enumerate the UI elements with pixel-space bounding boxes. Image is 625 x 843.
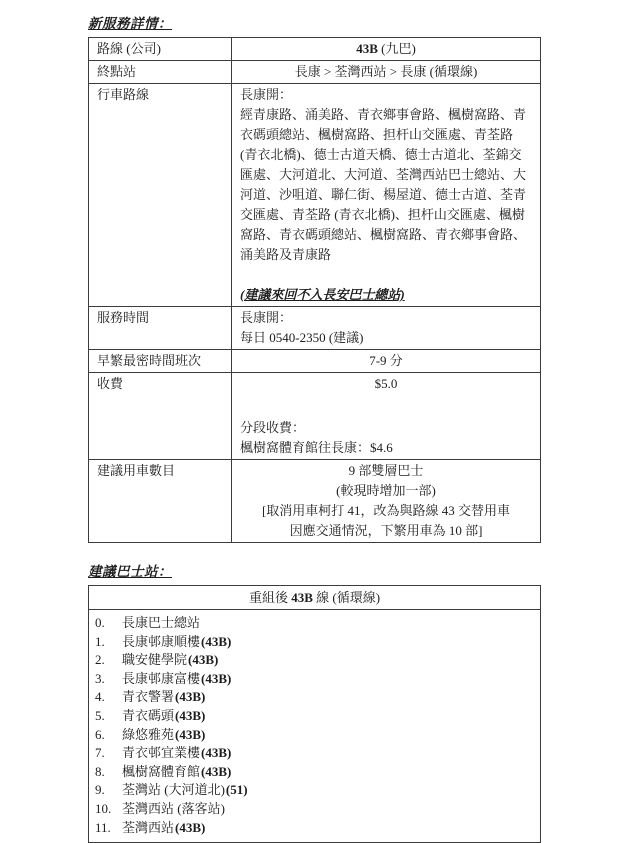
fleet-label: 建議用車數目: [89, 460, 232, 543]
stop-name: 荃灣西站: [122, 819, 174, 838]
stop-item: 6.綠悠雅苑(43B): [95, 726, 534, 745]
hours-origin: 長康開：: [240, 308, 532, 328]
fleet-value: 9 部雙層巴士 (較現時增加一部) [取消用車柯打 41，改為與路線 43 交替…: [232, 460, 541, 543]
stop-item: 5.青衣碼頭(43B): [95, 707, 534, 726]
stop-route-tag: (43B): [175, 819, 205, 838]
fare-spacer: [240, 394, 532, 418]
table-row-routing: 行車路線 長康開： 經青康路、涌美路、青衣鄉事會路、楓樹窩路、青衣碼頭總站、楓樹…: [89, 84, 541, 307]
header-prefix: 重組後: [249, 590, 291, 605]
table-row-route: 路線 (公司) 43B (九巴): [89, 38, 541, 61]
stop-name: 青衣警署: [122, 688, 174, 707]
table-row-fleet: 建議用車數目 9 部雙層巴士 (較現時增加一部) [取消用車柯打 41，改為與路…: [89, 460, 541, 543]
page-content: 新服務詳情： 路線 (公司) 43B (九巴) 終點站 長康 > 荃灣西站 > …: [88, 12, 541, 843]
stop-route-tag: (43B): [175, 688, 205, 707]
bus-stops-list-row: 0.長康巴士總站 1.長康邨康順樓(43B) 2.職安健學院(43B) 3.長康…: [89, 610, 541, 843]
routing-origin: 長康開：: [240, 85, 532, 105]
terminus-label: 終點站: [89, 61, 232, 84]
table-row-headway: 早繁最密時間班次 7-9 分: [89, 350, 541, 373]
table-row-fare: 收費 $5.0 分段收費： 楓樹窩體育館往長康：$4.6: [89, 373, 541, 460]
stop-name: 職安健學院: [122, 651, 187, 670]
stop-name: 楓樹窩體育館: [122, 763, 200, 782]
stop-name: 綠悠雅苑: [122, 726, 174, 745]
stop-name: 長康邨康順樓: [122, 633, 200, 652]
fare-value-cell: $5.0 分段收費： 楓樹窩體育館往長康：$4.6: [232, 373, 541, 460]
section-title-bus-stops: 建議巴士站：: [88, 560, 541, 580]
route-label: 路線 (公司): [89, 38, 232, 61]
stop-item: 11.荃灣西站(43B): [95, 819, 534, 838]
stop-route-tag: (43B): [188, 651, 218, 670]
table-row-terminus: 終點站 長康 > 荃灣西站 > 長康 (循環線): [89, 61, 541, 84]
stop-number: 1.: [95, 633, 122, 652]
stop-number: 7.: [95, 744, 122, 763]
stop-number: 9.: [95, 781, 122, 800]
stop-number: 5.: [95, 707, 122, 726]
section-title-new-service: 新服務詳情：: [88, 12, 541, 32]
route-value: 43B (九巴): [232, 38, 541, 61]
stop-route-tag: (43B): [201, 763, 231, 782]
routing-spacer: [240, 265, 532, 285]
stop-number: 2.: [95, 651, 122, 670]
stop-route-tag: (43B): [201, 744, 231, 763]
fare-label: 收費: [89, 373, 232, 460]
stop-item: 9.荃灣站 (大河道北)(51): [95, 781, 534, 800]
fare-section-title: 分段收費：: [240, 418, 532, 438]
bus-stops-header: 重組後 43B 線 (循環線): [89, 586, 541, 610]
header-route-number: 43B: [291, 590, 313, 605]
stop-name: 長康邨康富樓: [122, 670, 200, 689]
stop-item: 4.青衣警署(43B): [95, 688, 534, 707]
fare-value: $5.0: [240, 374, 532, 394]
stop-number: 6.: [95, 726, 122, 745]
route-company: (九巴): [378, 41, 416, 56]
stop-item: 8.楓樹窩體育館(43B): [95, 763, 534, 782]
stop-item: 10.荃灣西站 (落客站): [95, 800, 534, 819]
hours-time: 每日 0540-2350 (建議): [240, 328, 532, 348]
stop-item: 2.職安健學院(43B): [95, 651, 534, 670]
stop-name: 荃灣站 (大河道北): [122, 781, 225, 800]
fare-section-value: 楓樹窩體育館往長康：$4.6: [240, 438, 532, 458]
stop-item: 1.長康邨康順樓(43B): [95, 633, 534, 652]
stop-item: 7.青衣邨宜業樓(43B): [95, 744, 534, 763]
bus-stops-table: 重組後 43B 線 (循環線) 0.長康巴士總站 1.長康邨康順樓(43B) 2…: [88, 585, 541, 843]
hours-label: 服務時間: [89, 307, 232, 350]
document-page: { "section_new_service": { "title": "新服務…: [0, 0, 625, 800]
table-row-hours: 服務時間 長康開： 每日 0540-2350 (建議): [89, 307, 541, 350]
routing-label: 行車路線: [89, 84, 232, 307]
stop-route-tag: (43B): [201, 633, 231, 652]
route-number: 43B: [356, 41, 378, 56]
hours-value: 長康開： 每日 0540-2350 (建議): [232, 307, 541, 350]
stop-name: 荃灣西站 (落客站): [122, 800, 225, 819]
stop-name: 青衣邨宜業樓: [122, 744, 200, 763]
stop-route-tag: (43B): [175, 707, 205, 726]
bus-stops-header-row: 重組後 43B 線 (循環線): [89, 586, 541, 610]
stop-number: 4.: [95, 688, 122, 707]
routing-text: 經青康路、涌美路、青衣鄉事會路、楓樹窩路、青衣碼頭總站、楓樹窩路、担杆山交匯處、…: [240, 105, 532, 265]
stop-number: 10.: [95, 800, 122, 819]
stop-number: 0.: [95, 614, 122, 633]
routing-value: 長康開： 經青康路、涌美路、青衣鄉事會路、楓樹窩路、青衣碼頭總站、楓樹窩路、担杆…: [232, 84, 541, 307]
stop-item: 0.長康巴士總站: [95, 614, 534, 633]
stop-number: 3.: [95, 670, 122, 689]
terminus-value: 長康 > 荃灣西站 > 長康 (循環線): [232, 61, 541, 84]
stop-name: 長康巴士總站: [122, 614, 200, 633]
stop-route-tag: (43B): [175, 726, 205, 745]
headway-value: 7-9 分: [232, 350, 541, 373]
stop-item: 3.長康邨康富樓(43B): [95, 670, 534, 689]
stop-number: 11.: [95, 819, 122, 838]
fleet-line2: (較現時增加一部): [240, 481, 532, 501]
routing-note: (建議來回不入長安巴士總站): [240, 285, 532, 305]
stop-name: 青衣碼頭: [122, 707, 174, 726]
fleet-line3: [取消用車柯打 41，改為與路線 43 交替用車: [240, 501, 532, 521]
header-suffix: 線 (循環線): [313, 590, 380, 605]
stop-number: 8.: [95, 763, 122, 782]
stop-route-tag: (51): [226, 781, 248, 800]
stop-route-tag: (43B): [201, 670, 231, 689]
headway-label: 早繁最密時間班次: [89, 350, 232, 373]
fleet-line1: 9 部雙層巴士: [240, 461, 532, 481]
service-details-table: 路線 (公司) 43B (九巴) 終點站 長康 > 荃灣西站 > 長康 (循環線…: [88, 37, 541, 543]
fleet-line4: 因應交通情況，下繁用車為 10 部]: [240, 521, 532, 541]
bus-stops-list: 0.長康巴士總站 1.長康邨康順樓(43B) 2.職安健學院(43B) 3.長康…: [89, 610, 541, 843]
